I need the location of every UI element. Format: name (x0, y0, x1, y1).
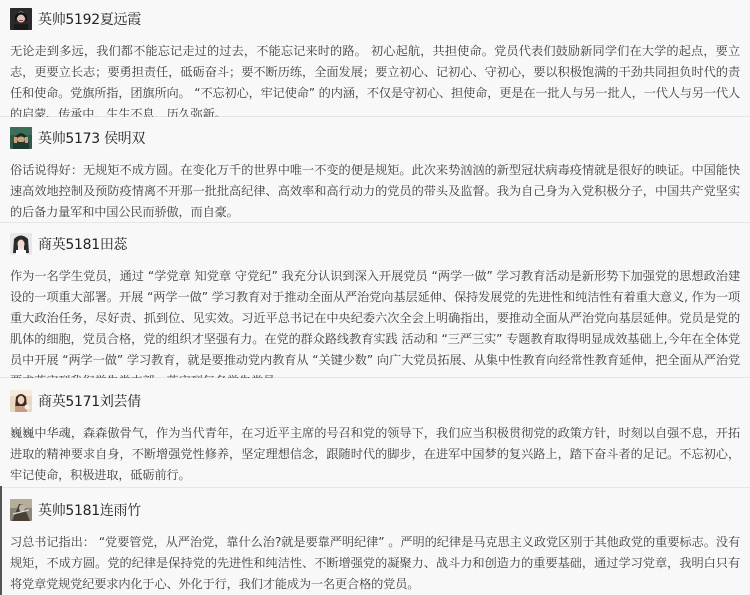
post-author[interactable]: 英帅5173 侯明双 (38, 128, 145, 148)
post-header: 英帅5173 侯明双 (10, 127, 740, 149)
post-header: 英帅5192夏远霞 (10, 8, 740, 30)
avatar-portrait-icon (10, 127, 32, 149)
post-text: 习总书记指出： “党要管党，从严治党，靠什么治?就是要靠严明纪律” 。严明的纪律… (10, 532, 740, 595)
post-header: 英帅5181连雨竹 (10, 499, 740, 521)
post-item: 英帅5181连雨竹 习总书记指出： “党要管党，从严治党，靠什么治?就是要靠严明… (0, 488, 750, 595)
post-author[interactable]: 英帅5192夏远霞 (38, 9, 141, 29)
post-author[interactable]: 英帅5181连雨竹 (38, 500, 141, 520)
post-item: 英帅5173 侯明双 俗话说得好：无规矩不成方圆。在变化万千的世界中唯一不变的便… (0, 117, 750, 223)
post-text: 无论走到多远，我们都不能忘记走过的过去，不能忘记来时的路。 初心起航，共担使命。… (10, 41, 740, 125)
avatar-portrait-icon (10, 233, 32, 255)
post-author[interactable]: 商英5181田蕊 (38, 234, 127, 254)
post-author[interactable]: 商英5171刘芸倩 (38, 391, 141, 411)
avatar[interactable] (10, 233, 32, 255)
post-text: 作为一名学生党员，通过 “学党章 知党章 守党纪” 我充分认识到深入开展党员 “… (10, 266, 740, 392)
avatar-portrait-icon (10, 390, 32, 412)
post-text: 巍巍中华魂，森森傲骨气，作为当代青年，在习近平主席的号召和党的领导下，我们应当积… (10, 423, 740, 486)
post-item: 英帅5192夏远霞 无论走到多远，我们都不能忘记走过的过去，不能忘记来时的路。 … (0, 0, 750, 117)
post-header: 商英5181田蕊 (10, 233, 740, 255)
post-header: 商英5171刘芸倩 (10, 390, 740, 412)
avatar[interactable] (10, 127, 32, 149)
avatar[interactable] (10, 8, 32, 30)
avatar[interactable] (10, 499, 32, 521)
avatar[interactable] (10, 390, 32, 412)
post-item: 商英5171刘芸倩 巍巍中华魂，森森傲骨气，作为当代青年，在习近平主席的号召和党… (0, 378, 750, 488)
left-edge-rule (0, 486, 2, 595)
post-text: 俗话说得好：无规矩不成方圆。在变化万千的世界中唯一不变的便是规矩。此次来势汹汹的… (10, 160, 740, 223)
post-item: 商英5181田蕊 作为一名学生党员，通过 “学党章 知党章 守党纪” 我充分认识… (0, 223, 750, 378)
comment-feed: 英帅5192夏远霞 无论走到多远，我们都不能忘记走过的过去，不能忘记来时的路。 … (0, 0, 750, 595)
avatar-portrait-icon (10, 8, 32, 30)
avatar-portrait-icon (10, 499, 32, 521)
